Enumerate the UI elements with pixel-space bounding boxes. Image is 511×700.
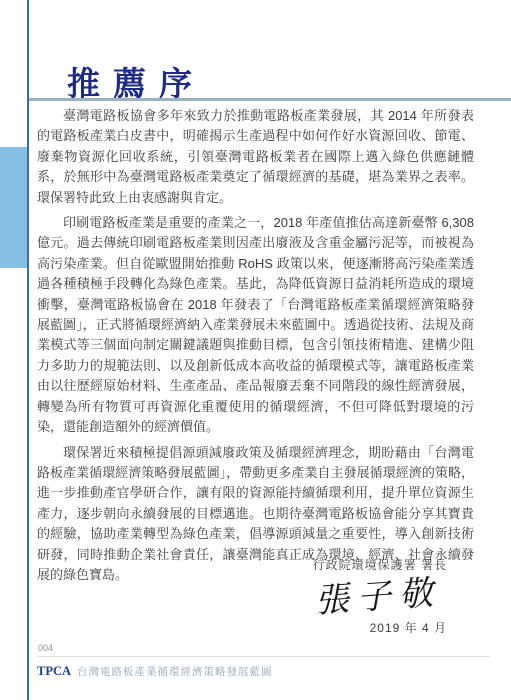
- signer-role: 行政院環境保護署 署長: [313, 556, 447, 573]
- footer-brand-logo: TPCA: [37, 664, 71, 678]
- paragraph-2: 印刷電路板產業是重要的產業之一，2018 年產值推估高達新臺幣 6,308 億元…: [37, 213, 474, 437]
- document-page: 推薦序 臺灣電路板協會多年來致力於推動電路板產業發展，其 2014 年所發表的電…: [0, 0, 511, 700]
- signature-block: 行政院環境保護署 署長 張子敬 2019 年 4 月: [313, 556, 447, 636]
- body-text: 臺灣電路板協會多年來致力於推動電路板產業發展，其 2014 年所發表的電路板產業…: [37, 106, 474, 590]
- footer-title-line: TPCA台灣電路板產業循環經濟策略發展藍圖: [37, 662, 490, 680]
- signature-handwriting: 張子敬: [314, 575, 442, 621]
- page-footer: 004 TPCA台灣電路板產業循環經濟策略發展藍圖: [37, 643, 490, 680]
- page-number: 004: [38, 643, 490, 653]
- page-edge-line: [27, 0, 29, 700]
- footer-booklet-title: 台灣電路板產業循環經濟策略發展藍圖: [77, 666, 273, 678]
- signature-date: 2019 年 4 月: [313, 619, 447, 636]
- footer-divider: [37, 656, 490, 657]
- chapter-side-tab: [0, 147, 27, 268]
- paragraph-1: 臺灣電路板協會多年來致力於推動電路板產業發展，其 2014 年所發表的電路板產業…: [37, 106, 474, 208]
- title-divider: [29, 98, 511, 101]
